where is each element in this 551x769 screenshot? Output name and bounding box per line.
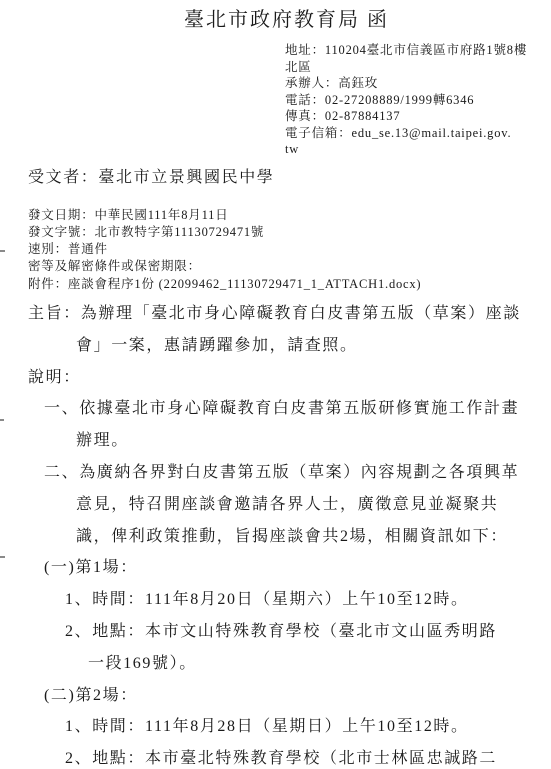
contact-address-wrap: 北區 (285, 59, 551, 76)
body-line-item2-1: 二、為廣納各界對白皮書第五版（草案）內容規劃之各項興革 (0, 457, 551, 489)
meta-issue-date: 發文日期：中華民國111年8月11日 (28, 207, 551, 224)
body-line-item2-2: 意見，特召開座談會邀請各界人士，廣徵意見並凝聚共 (0, 489, 551, 521)
contact-phone-line: 電話：02-27208889/1999轉6346 (285, 92, 551, 109)
contact-email-wrap: tw (285, 141, 551, 158)
recipient-line: 受文者：臺北市立景興國民中學 (28, 167, 551, 189)
letter-body: 主旨：為辦理「臺北市身心障礙教育白皮書第五版（草案）座談 會」一案，惠請踴躍參加… (0, 298, 551, 769)
contact-block: 地址：110204臺北市信義區市府路1號8樓 北區 承辦人：高鈺玫 電話：02-… (285, 42, 551, 158)
meta-security-class: 密等及解密條件或保密期限： (28, 258, 551, 275)
letter-title: 臺北市政府教育局 函 (0, 0, 551, 33)
meta-block: 發文日期：中華民國111年8月11日 發文字號：北市教特字第1113072947… (28, 207, 551, 293)
body-line-explanation-label: 說明： (0, 362, 551, 394)
contact-officer-line: 承辦人：高鈺玫 (285, 75, 551, 92)
body-line-item1-2: 辦理。 (0, 425, 551, 457)
contact-fax-line: 傳真：02-87884137 (285, 108, 551, 125)
body-line-subject-1: 主旨：為辦理「臺北市身心障礙教育白皮書第五版（草案）座談 (0, 298, 551, 330)
body-line-session1-label: (一)第1場： (0, 552, 551, 584)
body-line-session2-place-1: 2、地點：本市臺北特殊教育學校（北市士林區忠誠路二 (0, 743, 551, 769)
contact-address-line: 地址：110204臺北市信義區市府路1號8樓 (285, 42, 551, 59)
body-line-item2-3: 識，俾利政策推動，旨揭座談會共2場，相關資訊如下： (0, 521, 551, 553)
body-line-session1-time: 1、時間：111年8月20日（星期六）上午10至12時。 (0, 584, 551, 616)
scan-artifact (0, 556, 5, 558)
meta-doc-number: 發文字號：北市教特字第11130729471號 (28, 224, 551, 241)
scan-artifact (0, 419, 4, 421)
scan-artifact (0, 250, 5, 252)
body-line-session2-time: 1、時間：111年8月28日（星期日）上午10至12時。 (0, 711, 551, 743)
meta-attachment: 附件：座談會程序1份 (22099462_11130729471_1_ATTAC… (28, 276, 551, 293)
contact-email-line: 電子信箱：edu_se.13@mail.taipei.gov. (285, 125, 551, 142)
meta-speed-class: 速別：普通件 (28, 241, 551, 258)
body-line-item1-1: 一、依據臺北市身心障礙教育白皮書第五版研修實施工作計畫 (0, 393, 551, 425)
body-line-subject-2: 會」一案，惠請踴躍參加，請查照。 (0, 330, 551, 362)
body-line-session1-place-2: 一段169號）。 (0, 648, 551, 680)
body-line-session2-label: (二)第2場： (0, 680, 551, 712)
body-line-session1-place-1: 2、地點：本市文山特殊教育學校（臺北市文山區秀明路 (0, 616, 551, 648)
official-letter-page: 臺北市政府教育局 函 地址：110204臺北市信義區市府路1號8樓 北區 承辦人… (0, 0, 551, 769)
